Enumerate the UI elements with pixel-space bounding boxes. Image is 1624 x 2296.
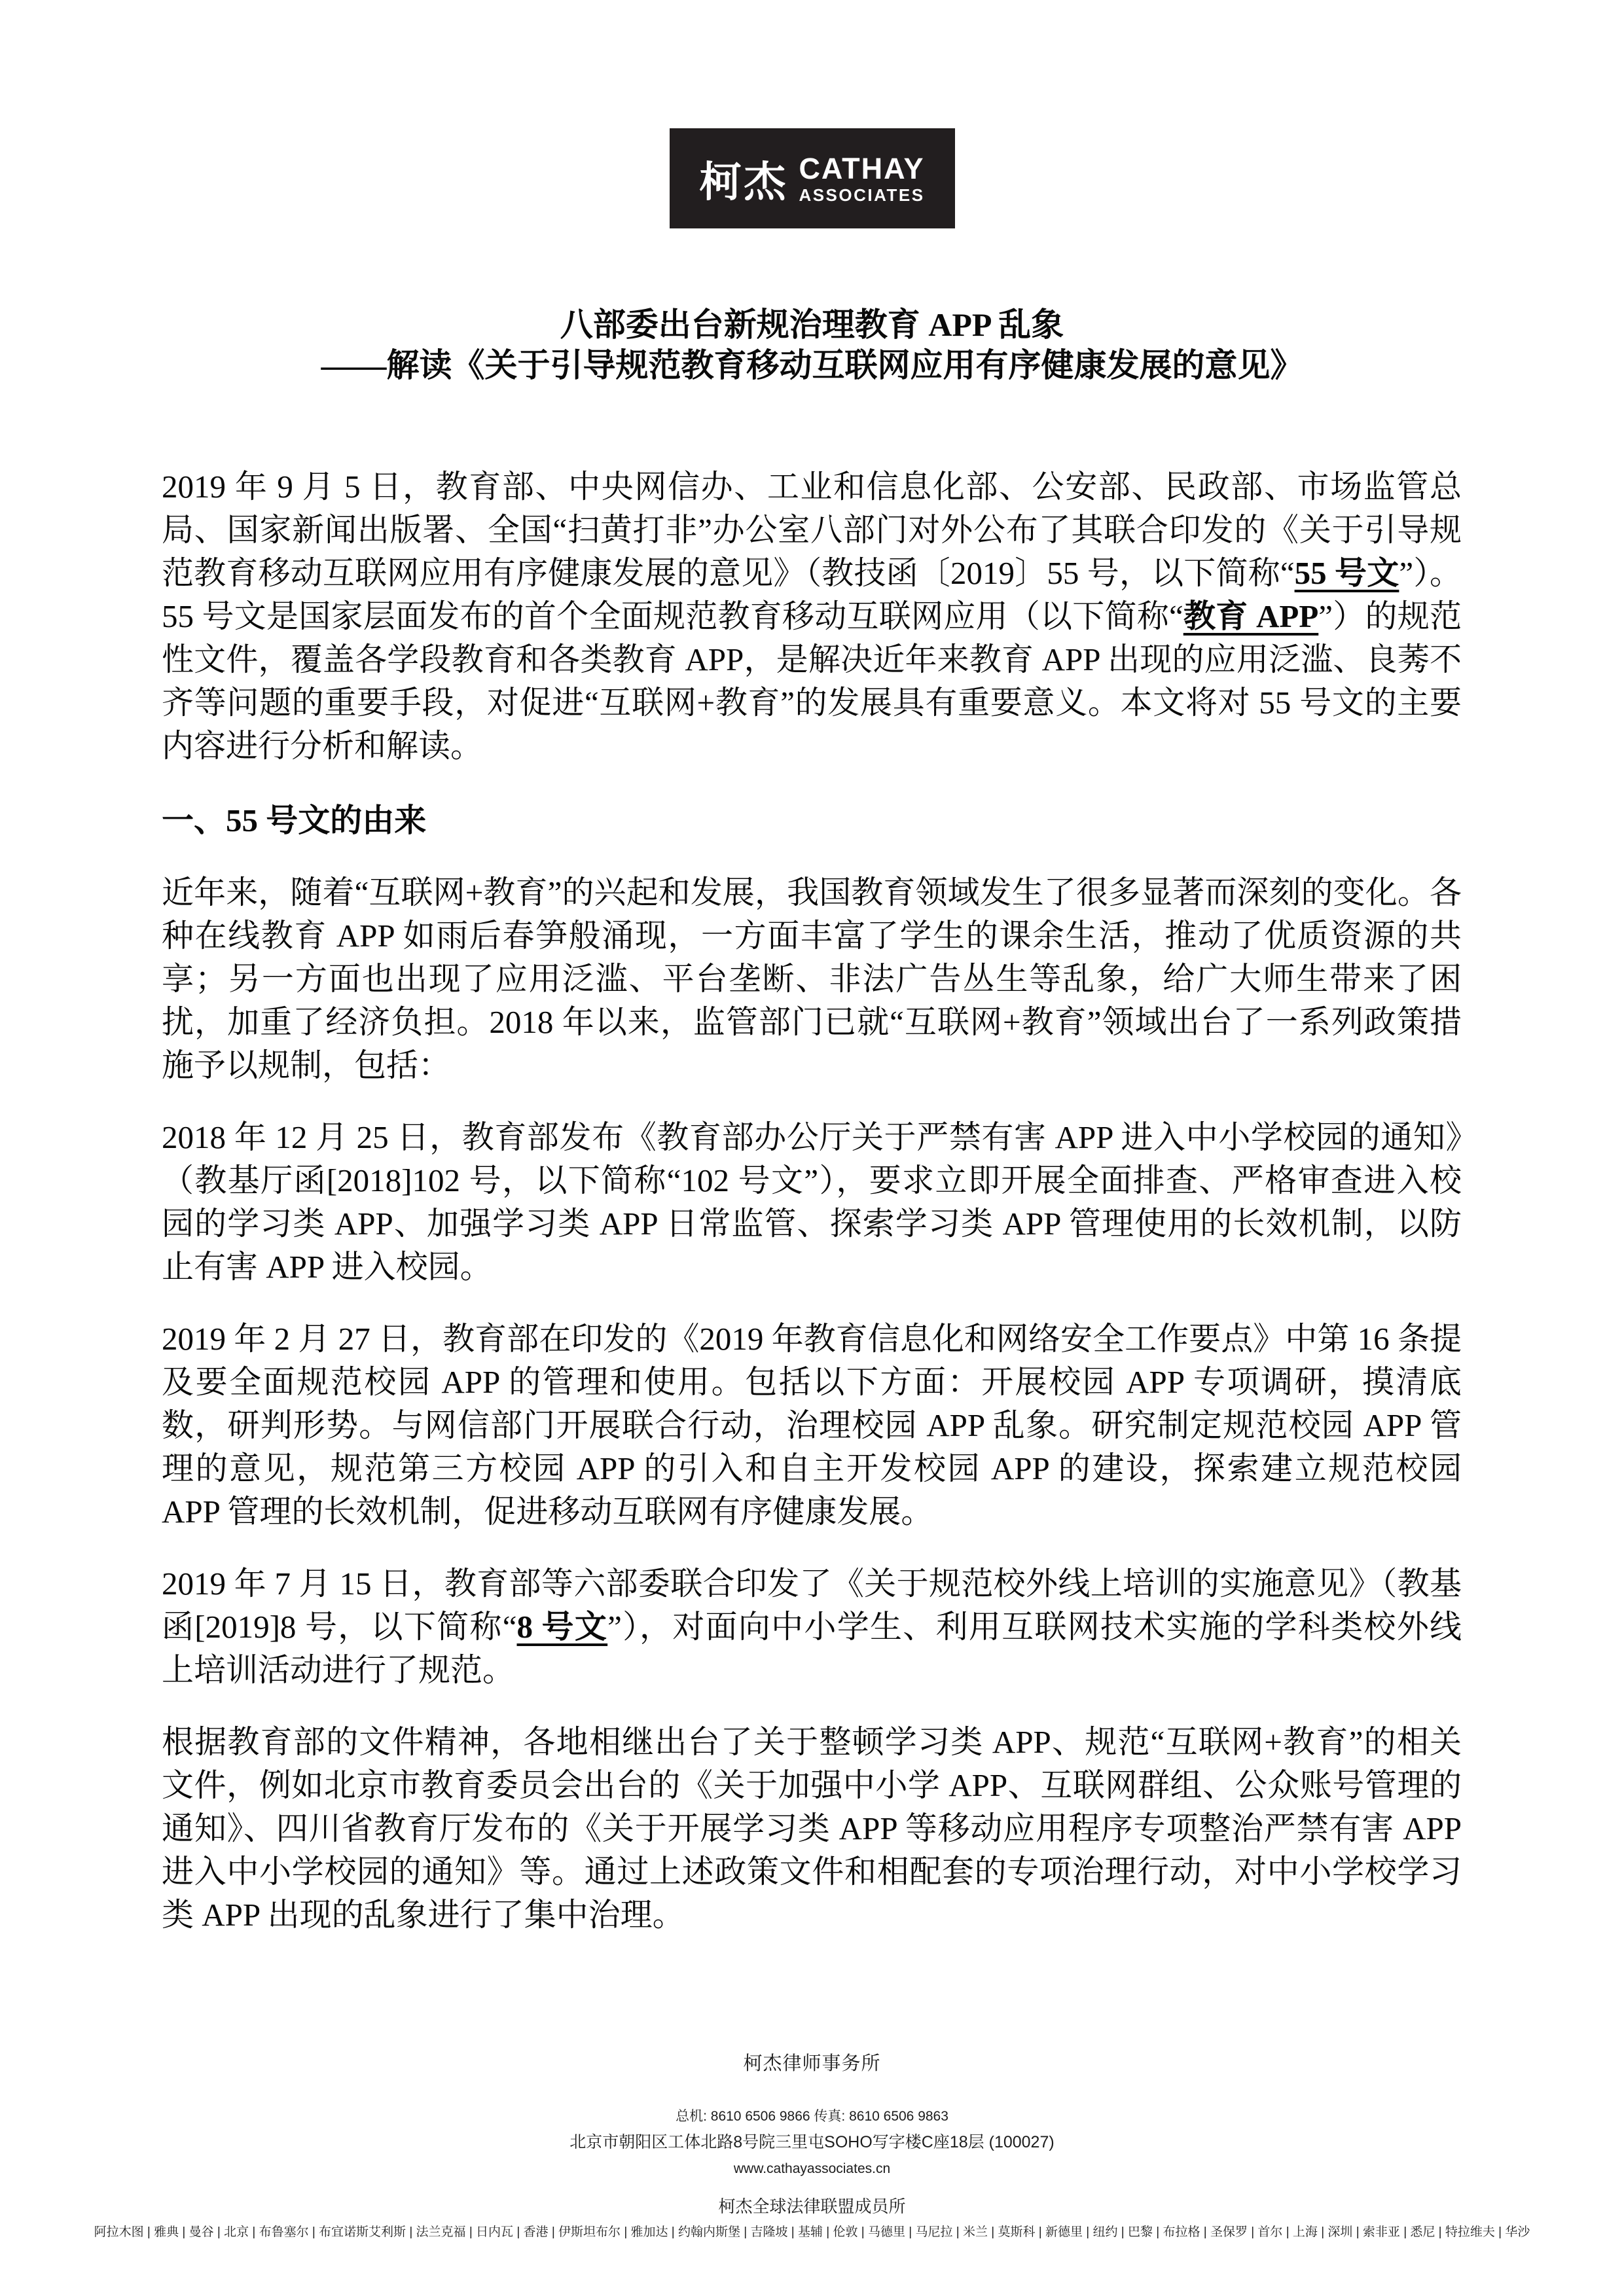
term-education-app: 教育 APP: [1183, 598, 1319, 634]
footer-alliance: 柯杰全球法律联盟成员所: [0, 2197, 1624, 2217]
footer-contact-line: 总机: 8610 6506 9866 传真: 8610 6506 9863: [0, 2108, 1624, 2125]
paragraph-intro: 2019 年 9 月 5 日，教育部、中央网信办、工业和信息化部、公安部、民政部…: [162, 465, 1462, 768]
paragraph-workpoints-2019: 2019 年 2 月 27 日，教育部在印发的《2019 年教育信息化和网络安全…: [162, 1318, 1462, 1534]
article-title-line2: ——解读《关于引导规范教育移动互联网应用有序健康发展的意见》: [0, 345, 1624, 386]
article-body: 2019 年 9 月 5 日，教育部、中央网信办、工业和信息化部、公安部、民政部…: [162, 465, 1462, 1937]
footer-firm-name: 柯杰律师事务所: [0, 2053, 1624, 2075]
paragraph-background: 近年来，随着“互联网+教育”的兴起和发展，我国教育领域发生了很多显著而深刻的变化…: [162, 871, 1462, 1087]
letterhead: 柯杰 CATHAY ASSOCIATES: [0, 0, 1624, 228]
cathay-associates-logo: 柯杰 CATHAY ASSOCIATES: [670, 128, 955, 228]
logo-cjk-text: 柯杰: [699, 149, 788, 209]
logo-latin-text: CATHAY ASSOCIATES: [799, 154, 924, 204]
article-title: 八部委出台新规治理教育 APP 乱象 ——解读《关于引导规范教育移动互联网应用有…: [0, 304, 1624, 386]
footer-city-list: 阿拉木图 | 雅典 | 曼谷 | 北京 | 布鲁塞尔 | 布宜诺斯艾利斯 | 法…: [0, 2225, 1624, 2240]
footer-address: 北京市朝阳区工体北路8号院三里屯SOHO写字楼C座18层 (100027): [0, 2132, 1624, 2152]
article-title-line1: 八部委出台新规治理教育 APP 乱象: [0, 304, 1624, 345]
logo-name-top: CATHAY: [799, 154, 924, 183]
term-doc-8: 8 号文: [516, 1609, 607, 1645]
section-heading-1: 一、55 号文的由来: [162, 799, 1462, 842]
paragraph-local-policies: 根据教育部的文件精神，各地相继出台了关于整顿学习类 APP、规范“互联网+教育”…: [162, 1721, 1462, 1937]
intro-segment-1: 2019 年 9 月 5 日，教育部、中央网信办、工业和信息化部、公安部、民政部…: [162, 469, 1462, 591]
paragraph-notice-102: 2018 年 12 月 25 日，教育部发布《教育部办公厅关于严禁有害 APP …: [162, 1116, 1462, 1289]
paragraph-doc-8: 2019 年 7 月 15 日，教育部等六部委联合印发了《关于规范校外线上培训的…: [162, 1562, 1462, 1692]
logo-name-bottom: ASSOCIATES: [799, 187, 924, 204]
footer-website: www.cathayassociates.cn: [0, 2161, 1624, 2177]
term-doc-55: 55 号文: [1295, 555, 1399, 591]
document-page: 柯杰 CATHAY ASSOCIATES 八部委出台新规治理教育 APP 乱象 …: [0, 0, 1624, 2296]
